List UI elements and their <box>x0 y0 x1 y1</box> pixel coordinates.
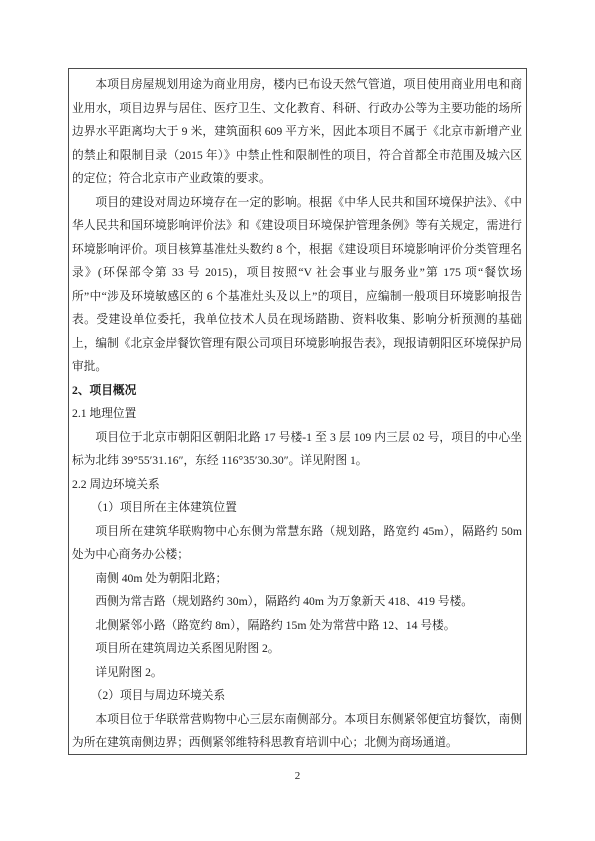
paragraph-adjacent-tenants: 本项目位于华联常营购物中心三层东南侧部分。本项目东侧紧邻便宜坊餐饮，南侧为所在建… <box>72 708 522 755</box>
heading-geographic-location: 2.1 地理位置 <box>72 402 522 426</box>
paragraph-north-side: 北侧紧邻小路（路宽约 8m），隔路约 15m 处为常营中路 12、14 号楼。 <box>72 614 522 638</box>
paragraph-surroundings-map-reference: 项目所在建筑周边关系图见附图 2。 <box>72 637 522 661</box>
heading-surrounding-environment: 2.2 周边环境关系 <box>72 473 522 497</box>
paragraph-planned-use-compliance: 本项目房屋规划用途为商业用房，楼内已布设天然气管道，项目使用商业用电和商业用水，… <box>72 73 522 191</box>
paragraph-south-side: 南侧 40m 处为朝阳北路； <box>72 567 522 591</box>
heading-project-overview: 2、项目概况 <box>72 379 522 403</box>
page-number: 2 <box>0 770 595 782</box>
paragraph-eia-requirement-basis: 项目的建设对周边环境存在一定的影响。根据《中华人民共和国环境保护法》、《中华人民… <box>72 191 522 379</box>
document-page: 本项目房屋规划用途为商业用房，楼内已布设天然气管道，项目使用商业用电和商业用水，… <box>0 0 595 841</box>
paragraph-east-side-road: 项目所在建筑华联购物中心东侧为常慧东路（规划路，路宽约 45m），隔路约 50m… <box>72 520 522 567</box>
paragraph-see-figure-2: 详见附图 2。 <box>72 661 522 685</box>
heading-construction-scale: 2.3 建设（生产）规模 <box>72 755 522 756</box>
paragraph-west-side: 西侧为常吉路（规划路约 30m），隔路约 40m 为万象新天 418、419 号… <box>72 590 522 614</box>
subheading-project-surroundings-relation: （2）项目与周边环境关系 <box>72 684 522 708</box>
report-table-cell: 本项目房屋规划用途为商业用房，楼内已布设天然气管道，项目使用商业用电和商业用水，… <box>68 68 527 755</box>
subheading-main-building-position: （1）项目所在主体建筑位置 <box>72 496 522 520</box>
paragraph-project-location-coordinates: 项目位于北京市朝阳区朝阳北路 17 号楼-1 至 3 层 109 内三层 02 … <box>72 426 522 473</box>
